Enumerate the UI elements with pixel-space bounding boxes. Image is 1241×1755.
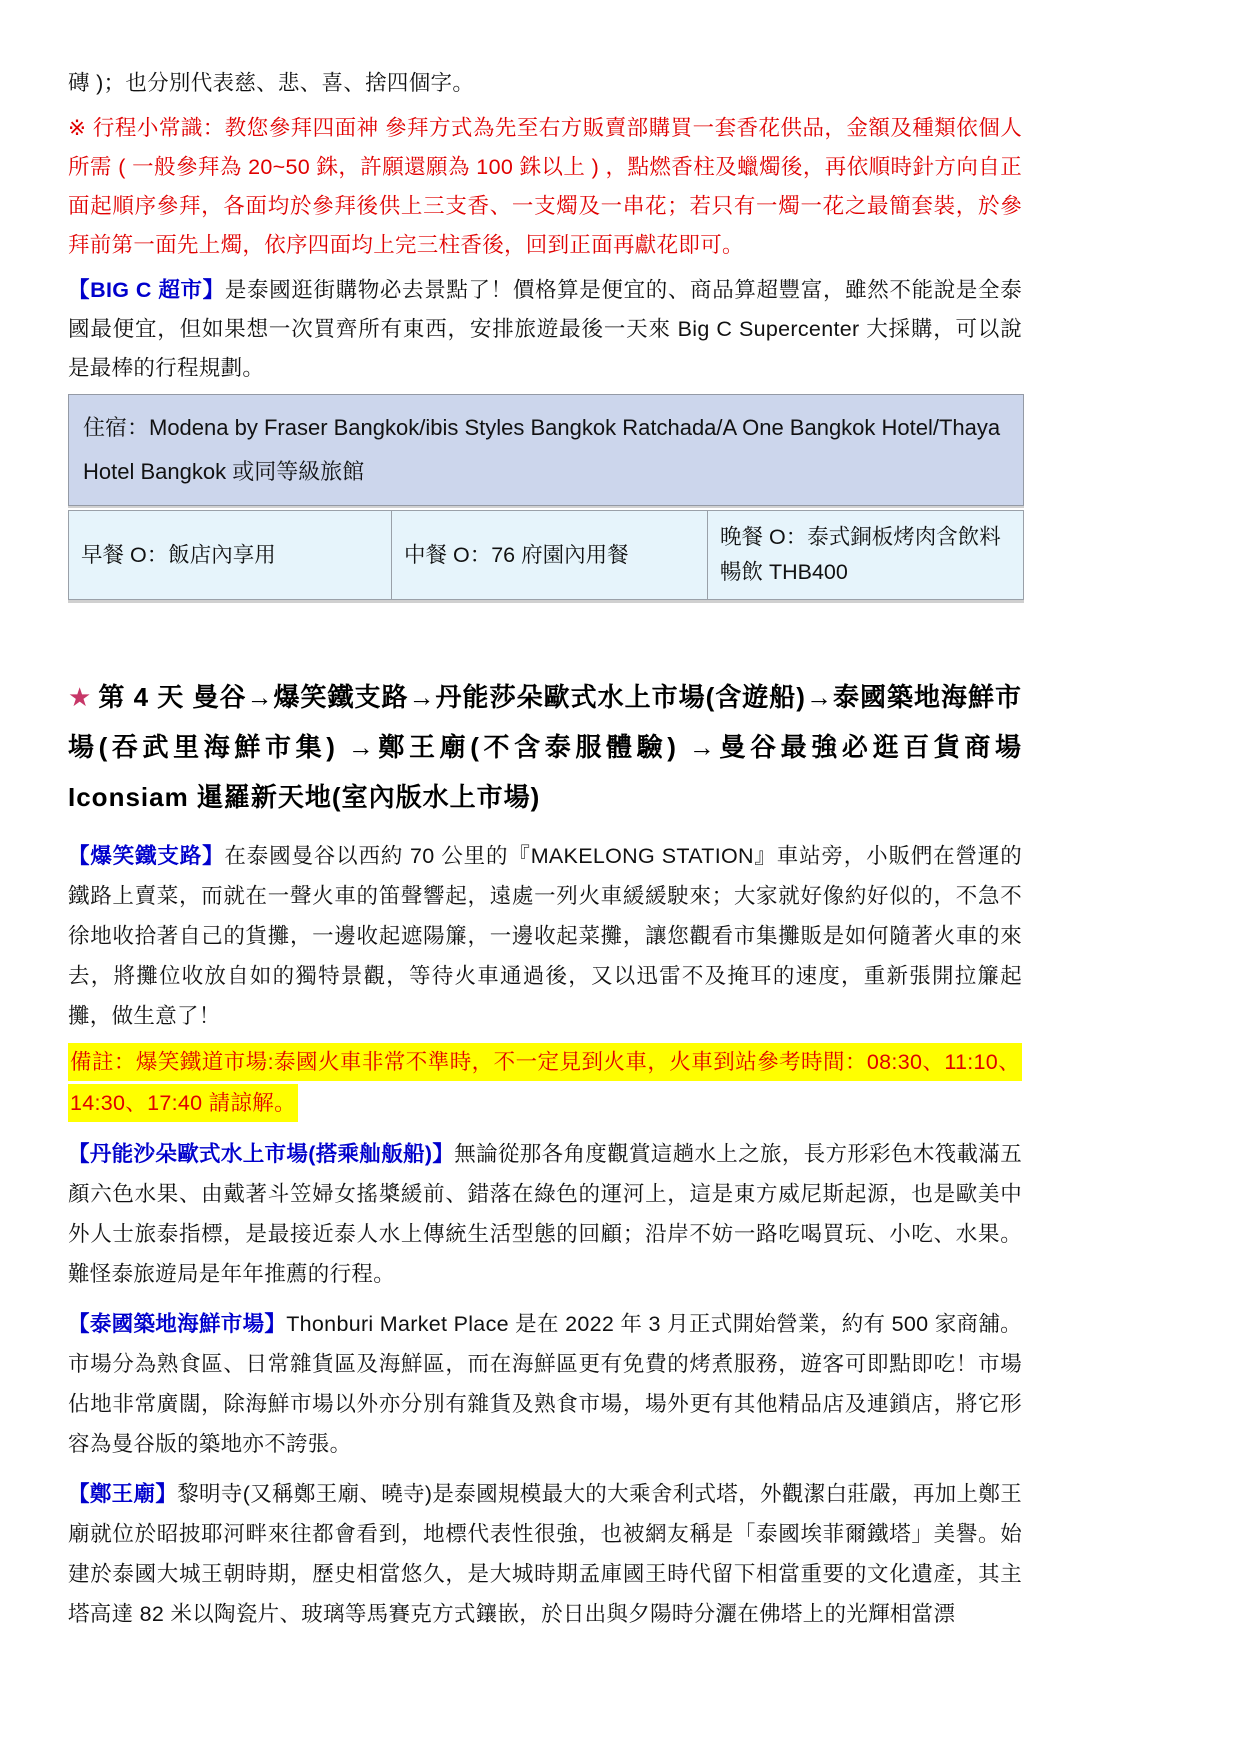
- meal-cell-breakfast: 早餐 O：飯店內享用: [69, 511, 391, 599]
- meal-cell-dinner: 晚餐 O：泰式銅板烤肉含飲料暢飲 THB400: [707, 511, 1023, 599]
- railway-note-text: 備註：爆笑鐵道市場:泰國火車非常不準時，不一定見到火車，火車到站參考時間：08:…: [68, 1043, 1022, 1122]
- wat-arun-text: 黎明寺(又稱鄭王廟、曉寺)是泰國規模最大的大乘舍利式塔，外觀潔白莊嚴，再加上鄭王…: [68, 1482, 1022, 1626]
- day4-title: 第 4 天 曼谷→爆笑鐵支路→丹能莎朵歐式水上市場(含遊船)→泰國築地海鮮市場(…: [68, 682, 1022, 812]
- thonburi-label: 【泰國築地海鮮市場】: [68, 1312, 286, 1336]
- dinner-text: 晚餐 O：泰式銅板烤肉含飲料暢飲 THB400: [720, 520, 1011, 590]
- maeklong-text: 在泰國曼谷以西約 70 公里的『MAKELONG STATION』車站旁，小販們…: [68, 844, 1022, 1028]
- accommodation-box: 住宿：Modena by Fraser Bangkok/ibis Styles …: [68, 394, 1024, 506]
- accommodation-text: 住宿：Modena by Fraser Bangkok/ibis Styles …: [83, 406, 1009, 494]
- paragraph-wat-arun: 【鄭王廟】黎明寺(又稱鄭王廟、曉寺)是泰國規模最大的大乘舍利式塔，外觀潔白莊嚴，…: [68, 1474, 1022, 1634]
- paragraph-four-faces-tail: 磚 )；也分別代表慈、悲、喜、捨四個字。: [68, 64, 1022, 103]
- meal-table: 早餐 O：飯店內享用 中餐 O：76 府園內用餐 晚餐 O：泰式銅板烤肉含飲料暢…: [68, 510, 1024, 600]
- lunch-text: 中餐 O：76 府園內用餐: [404, 538, 629, 573]
- damnoen-label: 【丹能沙朵歐式水上市場(搭乘舢舨船)】: [68, 1142, 454, 1166]
- star-icon: ★: [68, 682, 98, 712]
- paragraph-railway-note: 備註：爆笑鐵道市場:泰國火車非常不準時，不一定見到火車，火車到站參考時間：08:…: [68, 1042, 1022, 1124]
- maeklong-label: 【爆笑鐵支路】: [68, 844, 224, 868]
- paragraph-damnoen-floating-market: 【丹能沙朵歐式水上市場(搭乘舢舨船)】無論從那各角度觀賞這趟水上之旅，長方形彩色…: [68, 1134, 1022, 1294]
- meal-cell-lunch: 中餐 O：76 府園內用餐: [391, 511, 707, 599]
- paragraph-thonburi-market: 【泰國築地海鮮市場】Thonburi Market Place 是在 2022 …: [68, 1304, 1022, 1464]
- paragraph-maeklong-railway: 【爆笑鐵支路】在泰國曼谷以西約 70 公里的『MAKELONG STATION』…: [68, 836, 1022, 1036]
- paragraph-big-c: 【BIG C 超市】是泰國逛街購物必去景點了！價格算是便宜的、商品算超豐富，雖然…: [68, 271, 1022, 388]
- wat-arun-label: 【鄭王廟】: [68, 1482, 177, 1506]
- big-c-label: 【BIG C 超市】: [68, 278, 225, 302]
- itinerary-document-page: 磚 )；也分別代表慈、悲、喜、捨四個字。 ※ 行程小常識：教您參拜四面神 參拜方…: [0, 0, 1241, 1755]
- breakfast-text: 早餐 O：飯店內享用: [81, 538, 276, 573]
- paragraph-worship-tips: ※ 行程小常識：教您參拜四面神 參拜方式為先至右方販賣部購買一套香花供品，金額及…: [68, 109, 1022, 265]
- day4-heading: ★第 4 天 曼谷→爆笑鐵支路→丹能莎朵歐式水上市場(含遊船)→泰國築地海鮮市場…: [68, 672, 1022, 822]
